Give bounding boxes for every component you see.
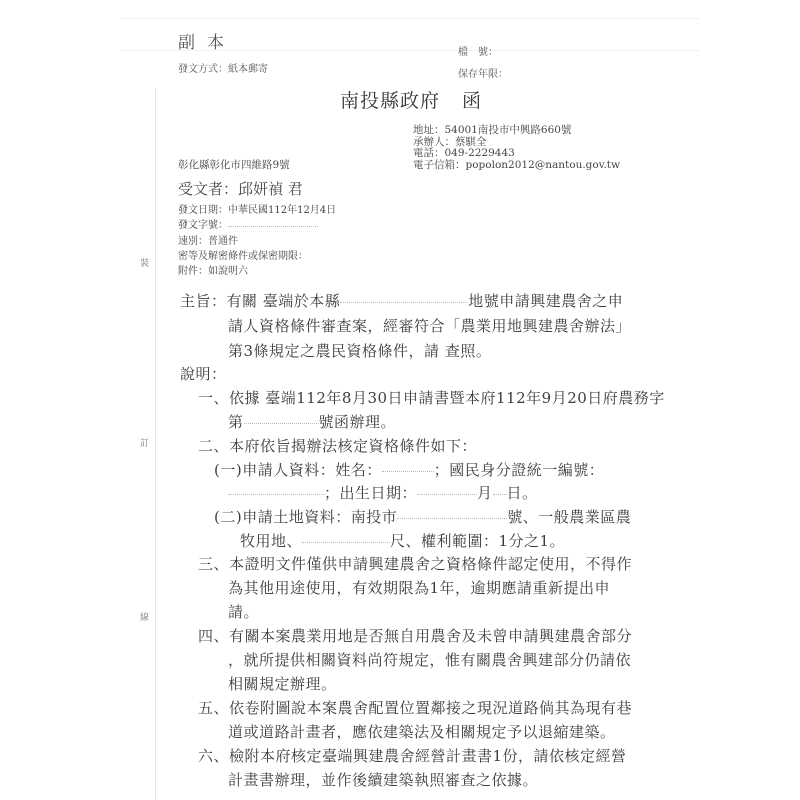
delivery-speed: 速別：普通件 [178,234,336,249]
document-type: 函 [462,90,482,112]
redacted-field [244,422,319,424]
explanation-item-4-line-2: ，就所提供相關資料尚符規定，惟有關農舍興建部分仍請依 [228,649,631,670]
dispatch-method: 發文方式：紙本郵寄 [178,60,268,75]
explanation-item-5-line-2: 道或道路計畫者，應依建築法及相關規定予以退縮建築。 [228,721,616,742]
redacted-field [228,493,324,495]
sender-phone: 電話：049-2229443 [413,148,620,160]
land-info-line-1: (二)申請土地資料：南投市號、一般農業區農 [214,506,631,527]
retention-period: 保存年限： [458,64,508,86]
explanation-item-4-line-1: 四、有關本案農業用地是否無自用農舍及未曾申請興建農舍部分 [198,625,632,646]
archive-info: 檔 號： 保存年限： [458,42,508,86]
explanation-item-6-line-1: 六、檢附本府核定臺端興建農舍經營計畫書1份，請依核定經營 [198,745,627,766]
redacted-field [493,493,507,495]
redacted-field [382,470,434,472]
redacted-field [340,301,468,303]
explanation-item-1-line-2: 第號函辦理。 [228,411,396,432]
sender-email: 電子信箱：popolon2012@nantou.gov.tw [413,160,620,172]
recipient-address: 彰化縣彰化市四維路9號 [178,157,290,172]
document-number: 發文字號： [178,218,336,233]
explanation-item-6-line-2: 計畫書辦理，並作後續建築執照審查之依據。 [228,769,538,790]
recipient-name: 受文者：邱妍禎 君 [178,178,303,199]
explanation-item-1-line-1: 一、依據 臺端112年8月30日申請書暨本府112年9月20日府農務字 [198,387,665,408]
attachment-note: 附件：如說明六 [178,264,336,279]
issue-date: 發文日期：中華民國112年12月4日 [178,203,336,218]
redacted-field [417,493,477,495]
margin-mark-line: 線 [140,610,149,623]
binding-margin-line [155,88,156,800]
land-info-line-2: 牧用地、尺、權利範圍：1分之1。 [240,530,565,551]
sender-contact-block: 地址：54001南投市中興路660號 承辦人：蔡騏全 電話：049-222944… [413,125,620,171]
sender-address: 地址：54001南投市中興路660號 [413,125,620,137]
document-meta: 發文日期：中華民國112年12月4日 發文字號： 速別：普通件 密等及解密條件或… [178,203,336,279]
applicant-info-line-1: (一)申請人資料：姓名：；國民身分證統一編號： [214,459,604,480]
explanation-item-5-line-1: 五、依卷附圖說本案農舍配置位置鄰接之現況道路倘其為現有巷 [198,697,632,718]
subject-line-1: 主旨：有關 臺端於本縣地號申請興建農舍之申 [180,290,623,311]
redacted-field [302,541,390,543]
scan-artifact-line [120,18,700,19]
applicant-info-line-2: ；出生日期：月日。 [228,482,538,503]
subject-line-3: 第3條規定之農民資格條件，請 查照。 [228,340,491,361]
explanation-item-3-line-1: 三、本證明文件僅供申請興建農舍之資格條件認定使用，不得作 [198,553,632,574]
margin-mark-staple: 訂 [140,436,149,449]
security-level: 密等及解密條件或保密期限： [178,249,336,264]
archive-number: 檔 號： [458,42,508,64]
redacted-field [397,517,507,519]
explanation-item-3-line-2: 為其他用途使用，有效期限為1年，逾期應請重新提出申 [228,577,610,598]
margin-mark-bind: 裝 [140,256,149,269]
redacted-field [228,225,318,227]
explanation-item-4-line-3: 相關規定辦理。 [228,673,337,694]
document-title: 南投縣政府函 [340,86,482,113]
subject-line-2: 請人資格條件審查案，經審符合「農業用地興建農舍辦法」 [228,315,631,336]
official-letter-page: 副本 發文方式：紙本郵寄 檔 號： 保存年限： 裝 訂 線 南投縣政府函 地址：… [0,0,800,800]
subject-label: 主旨： [180,292,227,310]
agency-name: 南投縣政府 [340,90,440,112]
copy-mark: 副本 [178,28,236,53]
explanation-item-2-line-1: 二、本府依旨揭辦法核定資格條件如下： [198,435,477,456]
explanation-item-3-line-3: 請。 [228,601,259,622]
explanation-label: 說明： [180,363,227,384]
